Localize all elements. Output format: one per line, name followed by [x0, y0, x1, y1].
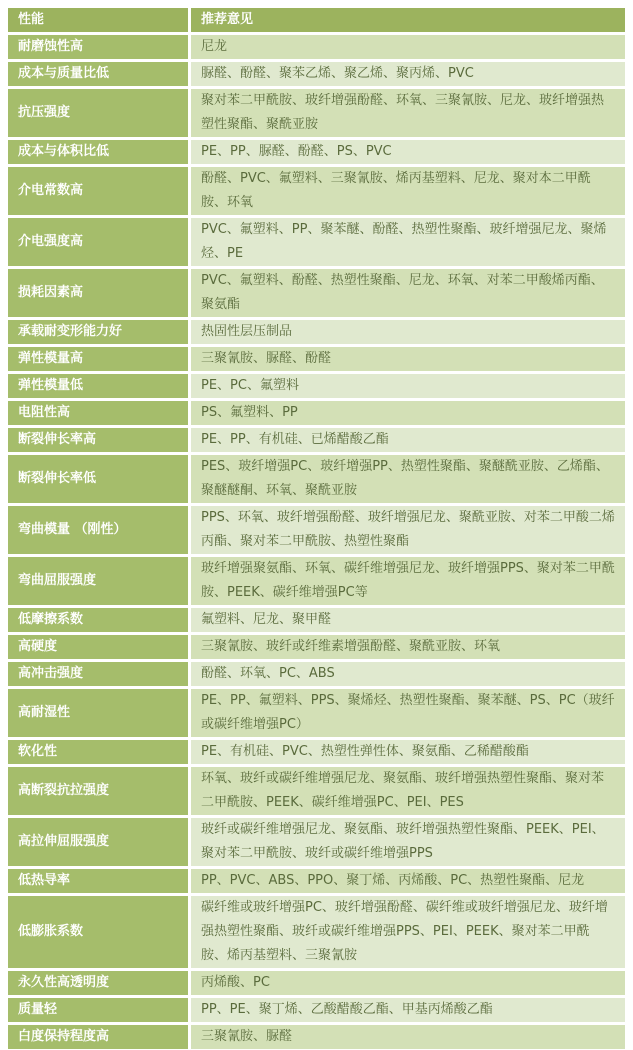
table-row: 永久性高透明度丙烯酸、PC	[8, 971, 625, 995]
property-cell: 介电常数高	[8, 167, 188, 215]
property-cell: 永久性高透明度	[8, 971, 188, 995]
property-cell: 弯曲屈服强度	[8, 557, 188, 605]
table-row: 软化性PE、有机硅、PVC、热塑性弹性体、聚氨酯、乙稀醋酸酯	[8, 740, 625, 764]
property-cell: 抗压强度	[8, 89, 188, 137]
recommendation-cell: 聚对苯二甲酰胺、玻纤增强酚醛、环氧、三聚氰胺、尼龙、玻纤增强热塑性聚酯、聚酰亚胺	[191, 89, 625, 137]
table-row: 成本与质量比低脲醛、酚醛、聚苯乙烯、聚乙烯、聚丙烯、PVC	[8, 62, 625, 86]
recommendation-cell: 脲醛、酚醛、聚苯乙烯、聚乙烯、聚丙烯、PVC	[191, 62, 625, 86]
property-cell: 高冲击强度	[8, 662, 188, 686]
property-cell: 耐磨蚀性高	[8, 35, 188, 59]
table-row: 白度保持程度高三聚氰胺、脲醛	[8, 1025, 625, 1049]
property-cell: 弹性模量低	[8, 374, 188, 398]
recommendation-cell: PVC、氟塑料、PP、聚苯醚、酚醛、热塑性聚酯、玻纤增强尼龙、聚烯烃、PE	[191, 218, 625, 266]
property-cell: 成本与体积比低	[8, 140, 188, 164]
table-row: 断裂伸长率高PE、PP、有机硅、已烯醋酸乙酯	[8, 428, 625, 452]
recommendation-cell: PPS、环氧、玻纤增强酚醛、玻纤增强尼龙、聚酰亚胺、对苯二甲酸二烯丙酯、聚对苯二…	[191, 506, 625, 554]
property-cell: 损耗因素高	[8, 269, 188, 317]
recommendation-cell: PS、氟塑料、PP	[191, 401, 625, 425]
table-row: 断裂伸长率低PES、玻纤增强PC、玻纤增强PP、热塑性聚酯、聚醚酰亚胺、乙烯酯、…	[8, 455, 625, 503]
table-row: 抗压强度聚对苯二甲酰胺、玻纤增强酚醛、环氧、三聚氰胺、尼龙、玻纤增强热塑性聚酯、…	[8, 89, 625, 137]
table-row: 损耗因素高PVC、氟塑料、酚醛、热塑性聚酯、尼龙、环氧、对苯二甲酸烯丙酯、聚氨酯	[8, 269, 625, 317]
table-row: 电阻性高PS、氟塑料、PP	[8, 401, 625, 425]
table-row: 低膨胀系数碳纤维或玻纤增强PC、玻纤增强酚醛、碳纤维或玻纤增强尼龙、玻纤增强热塑…	[8, 896, 625, 968]
property-cell: 电阻性高	[8, 401, 188, 425]
table-row: 弹性模量低PE、PC、氟塑料	[8, 374, 625, 398]
recommendation-cell: 碳纤维或玻纤增强PC、玻纤增强酚醛、碳纤维或玻纤增强尼龙、玻纤增强热塑性聚酯、玻…	[191, 896, 625, 968]
table-row: 高硬度三聚氰胺、玻纤或纤维素增强酚醛、聚酰亚胺、环氧	[8, 635, 625, 659]
recommendation-cell: PE、PP、有机硅、已烯醋酸乙酯	[191, 428, 625, 452]
table-row: 成本与体积比低PE、PP、脲醛、酚醛、PS、PVC	[8, 140, 625, 164]
property-cell: 质量轻	[8, 998, 188, 1022]
recommendation-cell: PE、PP、氟塑料、PPS、聚烯烃、热塑性聚酯、聚苯醚、PS、PC（玻纤或碳纤维…	[191, 689, 625, 737]
property-cell: 介电强度高	[8, 218, 188, 266]
recommendation-cell: 酚醛、PVC、氟塑料、三聚氰胺、烯丙基塑料、尼龙、聚对本二甲酰胺、环氧	[191, 167, 625, 215]
recommendation-cell: 氟塑料、尼龙、聚甲醛	[191, 608, 625, 632]
property-cell: 高拉伸屈服强度	[8, 818, 188, 866]
recommendation-cell: 玻纤或碳纤维增强尼龙、聚氨酯、玻纤增强热塑性聚酯、PEEK、PEI、聚对苯二甲酰…	[191, 818, 625, 866]
recommendation-column-header: 推荐意见	[191, 8, 625, 32]
property-cell: 低摩擦系数	[8, 608, 188, 632]
table-header-row: 性能 推荐意见	[8, 8, 625, 32]
recommendation-cell: 环氧、玻纤或碳纤维增强尼龙、聚氨酯、玻纤增强热塑性聚酯、聚对苯二甲酰胺、PEEK…	[191, 767, 625, 815]
recommendation-cell: 三聚氰胺、玻纤或纤维素增强酚醛、聚酰亚胺、环氧	[191, 635, 625, 659]
recommendation-cell: 丙烯酸、PC	[191, 971, 625, 995]
table-row: 耐磨蚀性高尼龙	[8, 35, 625, 59]
recommendation-cell: PP、PVC、ABS、PPO、聚丁烯、丙烯酸、PC、热塑性聚酯、尼龙	[191, 869, 625, 893]
property-cell: 高断裂抗拉强度	[8, 767, 188, 815]
recommendation-cell: 玻纤增强聚氨酯、环氧、碳纤维增强尼龙、玻纤增强PPS、聚对苯二甲酰胺、PEEK、…	[191, 557, 625, 605]
recommendation-cell: PVC、氟塑料、酚醛、热塑性聚酯、尼龙、环氧、对苯二甲酸烯丙酯、聚氨酯	[191, 269, 625, 317]
property-cell: 软化性	[8, 740, 188, 764]
property-cell: 低膨胀系数	[8, 896, 188, 968]
recommendation-cell: 热固性层压制品	[191, 320, 625, 344]
properties-table: 性能 推荐意见 耐磨蚀性高尼龙成本与质量比低脲醛、酚醛、聚苯乙烯、聚乙烯、聚丙烯…	[8, 8, 625, 1049]
table-row: 高冲击强度酚醛、环氧、PC、ABS	[8, 662, 625, 686]
recommendation-cell: PES、玻纤增强PC、玻纤增强PP、热塑性聚酯、聚醚酰亚胺、乙烯酯、聚醚醚酮、环…	[191, 455, 625, 503]
property-cell: 断裂伸长率低	[8, 455, 188, 503]
property-cell: 断裂伸长率高	[8, 428, 188, 452]
table-row: 高拉伸屈服强度玻纤或碳纤维增强尼龙、聚氨酯、玻纤增强热塑性聚酯、PEEK、PEI…	[8, 818, 625, 866]
table-row: 介电强度高PVC、氟塑料、PP、聚苯醚、酚醛、热塑性聚酯、玻纤增强尼龙、聚烯烃、…	[8, 218, 625, 266]
recommendation-cell: 尼龙	[191, 35, 625, 59]
table-row: 低摩擦系数氟塑料、尼龙、聚甲醛	[8, 608, 625, 632]
recommendation-cell: PE、PP、脲醛、酚醛、PS、PVC	[191, 140, 625, 164]
table-row: 承载耐变形能力好热固性层压制品	[8, 320, 625, 344]
recommendation-cell: 酚醛、环氧、PC、ABS	[191, 662, 625, 686]
property-cell: 高硬度	[8, 635, 188, 659]
property-column-header: 性能	[8, 8, 188, 32]
property-cell: 低热导率	[8, 869, 188, 893]
table-row: 弯曲屈服强度玻纤增强聚氨酯、环氧、碳纤维增强尼龙、玻纤增强PPS、聚对苯二甲酰胺…	[8, 557, 625, 605]
table-row: 弯曲模量 （刚性）PPS、环氧、玻纤增强酚醛、玻纤增强尼龙、聚酰亚胺、对苯二甲酸…	[8, 506, 625, 554]
table-row: 高耐湿性PE、PP、氟塑料、PPS、聚烯烃、热塑性聚酯、聚苯醚、PS、PC（玻纤…	[8, 689, 625, 737]
recommendation-cell: 三聚氰胺、脲醛、酚醛	[191, 347, 625, 371]
table-row: 质量轻PP、PE、聚丁烯、乙酸醋酸乙酯、甲基丙烯酸乙酯	[8, 998, 625, 1022]
property-cell: 弹性模量高	[8, 347, 188, 371]
property-cell: 弯曲模量 （刚性）	[8, 506, 188, 554]
recommendation-cell: PE、PC、氟塑料	[191, 374, 625, 398]
table-row: 高断裂抗拉强度环氧、玻纤或碳纤维增强尼龙、聚氨酯、玻纤增强热塑性聚酯、聚对苯二甲…	[8, 767, 625, 815]
property-cell: 成本与质量比低	[8, 62, 188, 86]
recommendation-cell: 三聚氰胺、脲醛	[191, 1025, 625, 1049]
property-cell: 白度保持程度高	[8, 1025, 188, 1049]
table-row: 介电常数高酚醛、PVC、氟塑料、三聚氰胺、烯丙基塑料、尼龙、聚对本二甲酰胺、环氧	[8, 167, 625, 215]
table-row: 弹性模量高三聚氰胺、脲醛、酚醛	[8, 347, 625, 371]
property-cell: 承载耐变形能力好	[8, 320, 188, 344]
recommendation-cell: PE、有机硅、PVC、热塑性弹性体、聚氨酯、乙稀醋酸酯	[191, 740, 625, 764]
recommendation-cell: PP、PE、聚丁烯、乙酸醋酸乙酯、甲基丙烯酸乙酯	[191, 998, 625, 1022]
property-cell: 高耐湿性	[8, 689, 188, 737]
table-row: 低热导率PP、PVC、ABS、PPO、聚丁烯、丙烯酸、PC、热塑性聚酯、尼龙	[8, 869, 625, 893]
